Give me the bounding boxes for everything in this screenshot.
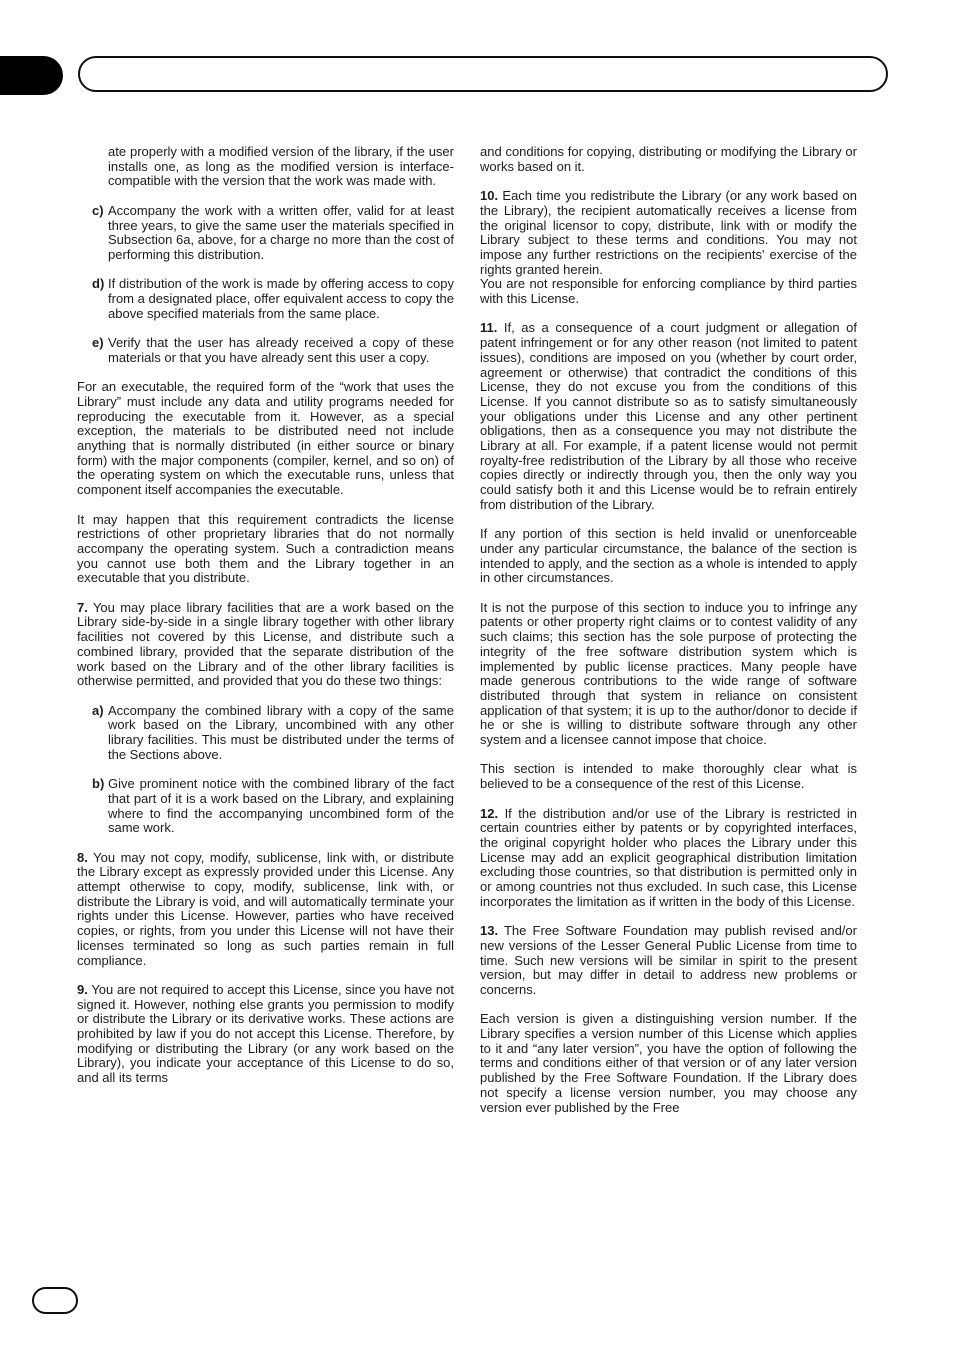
numbered-section-9: 9. You are not required to accept this L… bbox=[77, 983, 454, 1086]
header-tab-marker bbox=[0, 56, 63, 95]
numbered-section-11: 11. If, as a consequence of a court judg… bbox=[480, 321, 857, 512]
paragraph: If any portion of this section is held i… bbox=[480, 527, 857, 586]
header-title-bar bbox=[78, 56, 888, 92]
paragraph-continuation: and conditions for copying, distributing… bbox=[480, 145, 857, 174]
section-number: 11. bbox=[480, 320, 497, 335]
numbered-section-10: 10. Each time you redistribute the Libra… bbox=[480, 189, 857, 307]
list-text: If distribution of the work is made by o… bbox=[108, 276, 454, 320]
section-number: 10. bbox=[480, 188, 498, 203]
list-item-b: b) Give prominent notice with the combin… bbox=[77, 777, 454, 836]
section-text: Each time you redistribute the Library (… bbox=[480, 188, 857, 306]
left-column: ate properly with a modified version of … bbox=[77, 145, 454, 1115]
page-number-pill bbox=[32, 1287, 78, 1314]
list-item-c: c) Accompany the work with a written off… bbox=[77, 204, 454, 263]
section-text: You may place library facilities that ar… bbox=[77, 600, 454, 689]
paragraph: It is not the purpose of this section to… bbox=[480, 601, 857, 748]
numbered-section-13: 13. The Free Software Foundation may pub… bbox=[480, 924, 857, 998]
list-text: Accompany the combined library with a co… bbox=[108, 703, 454, 762]
paragraph: It may happen that this requirement cont… bbox=[77, 513, 454, 587]
paragraph: Each version is given a distinguishing v… bbox=[480, 1012, 857, 1115]
list-label: b) bbox=[92, 777, 104, 792]
paragraph-continuation: ate properly with a modified version of … bbox=[108, 145, 454, 189]
list-label: e) bbox=[92, 336, 104, 351]
right-column: and conditions for copying, distributing… bbox=[480, 145, 857, 1115]
list-label: d) bbox=[92, 277, 104, 292]
list-item-d: d) If distribution of the work is made b… bbox=[77, 277, 454, 321]
list-item-e: e) Verify that the user has already rece… bbox=[77, 336, 454, 365]
list-text: Accompany the work with a written offer,… bbox=[108, 203, 454, 262]
numbered-section-8: 8. You may not copy, modify, sublicense,… bbox=[77, 851, 454, 969]
list-label: c) bbox=[92, 204, 104, 219]
section-text: You are not required to accept this Lice… bbox=[77, 982, 454, 1085]
section-text: If, as a consequence of a court judgment… bbox=[480, 320, 857, 511]
section-number: 8. bbox=[77, 850, 88, 865]
license-text-columns: ate properly with a modified version of … bbox=[77, 145, 857, 1115]
section-number: 13. bbox=[480, 923, 498, 938]
section-number: 7. bbox=[77, 600, 88, 615]
section-text: You may not copy, modify, sublicense, li… bbox=[77, 850, 454, 968]
section-text: The Free Software Foundation may publish… bbox=[480, 923, 857, 997]
section-number: 9. bbox=[77, 982, 88, 997]
numbered-section-12: 12. If the distribution and/or use of th… bbox=[480, 807, 857, 910]
paragraph: This section is intended to make thoroug… bbox=[480, 762, 857, 791]
list-text: Give prominent notice with the combined … bbox=[108, 776, 454, 835]
list-text: Verify that the user has already receive… bbox=[108, 335, 454, 365]
paragraph: For an executable, the required form of … bbox=[77, 380, 454, 498]
numbered-section-7: 7. You may place library facilities that… bbox=[77, 601, 454, 689]
section-number: 12. bbox=[480, 806, 498, 821]
section-text: If the distribution and/or use of the Li… bbox=[480, 806, 857, 909]
list-item-a: a) Accompany the combined library with a… bbox=[77, 704, 454, 763]
manual-page: ate properly with a modified version of … bbox=[0, 0, 954, 1351]
list-label: a) bbox=[92, 704, 104, 719]
